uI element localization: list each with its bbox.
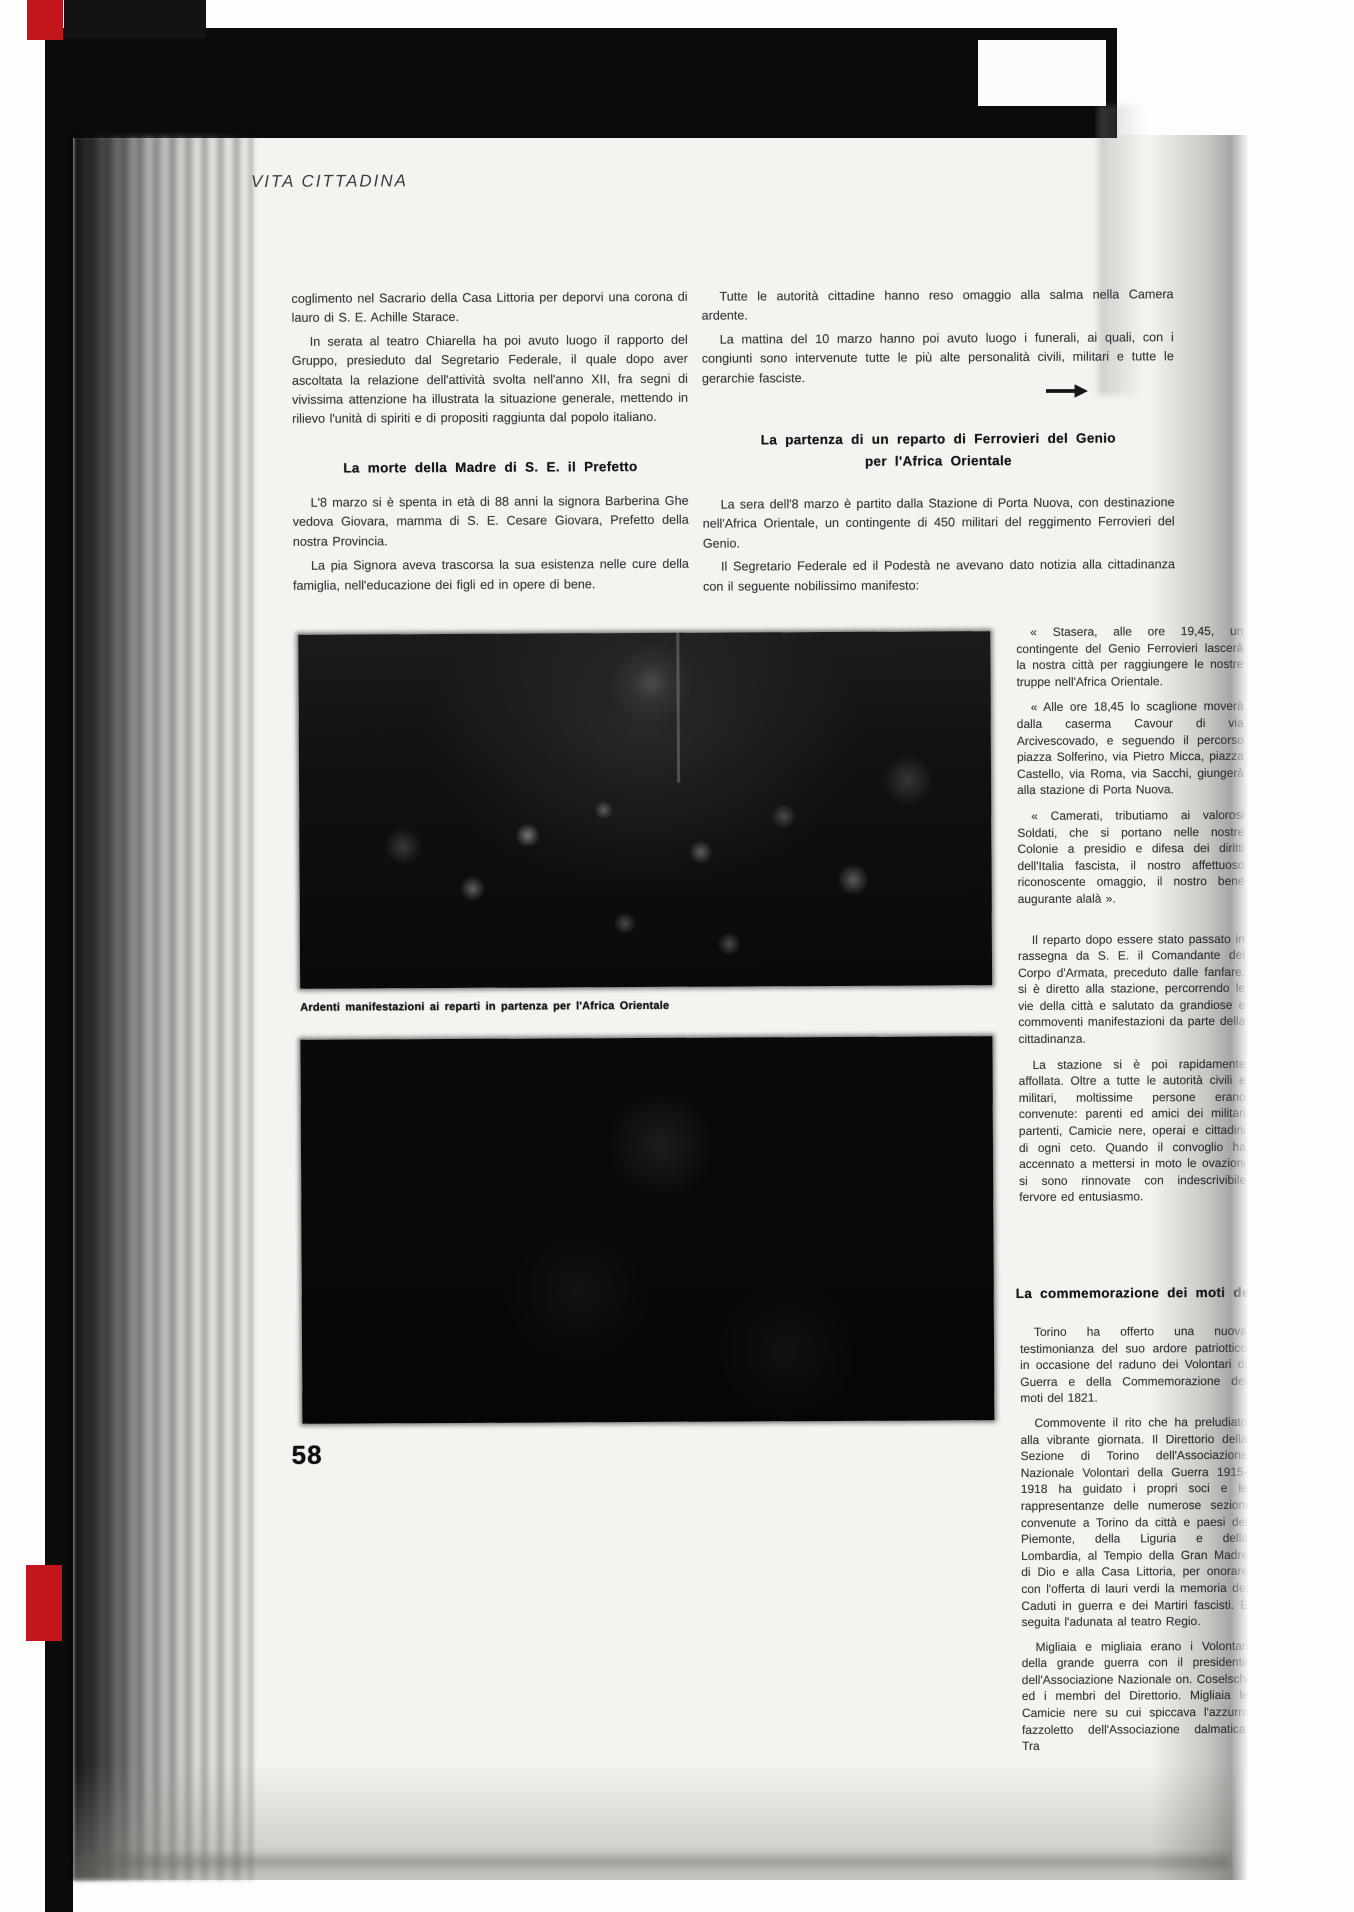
scan-notch	[978, 40, 1106, 106]
left-column-top: coglimento nel Sacrario della Casa Litto…	[291, 288, 688, 430]
paragraph: La sera dell'8 marzo è partito dalla Sta…	[703, 493, 1175, 554]
scan-mark-black	[64, 0, 206, 38]
photo-dark-scene	[300, 1036, 994, 1424]
photo-troop-departure-crowd	[298, 631, 992, 989]
paragraph: Tutte le autorità cittadine hanno reso o…	[701, 285, 1173, 326]
paragraph: La pia Signora aveva trascorsa la sua es…	[293, 555, 689, 596]
left-column-bottom: L'8 marzo si è spenta in età di 88 anni …	[293, 492, 690, 596]
photo-caption: Ardenti manifestazioni ai reparti in par…	[300, 998, 960, 1013]
heading-line: La partenza di un reparto di Ferrovieri …	[702, 427, 1174, 451]
section-heading-partenza: La partenza di un reparto di Ferrovieri …	[702, 427, 1174, 473]
page-title: VITA CITTADINA	[251, 171, 408, 192]
right-column-top: Tutte le autorità cittadine hanno reso o…	[701, 285, 1174, 389]
scan-mark-red-top	[27, 0, 63, 40]
paragraph: La mattina del 10 marzo hanno poi avuto …	[702, 328, 1174, 389]
scanned-magazine-page: VITA CITTADINA coglimento nel Sacrario d…	[0, 0, 1354, 1912]
paragraph: Il Segretario Federale ed il Podestà ne …	[703, 555, 1175, 596]
heading-line: per l'Africa Orientale	[702, 449, 1174, 473]
scan-mark-red-bottom	[26, 1565, 62, 1641]
page-number: 58	[292, 1440, 323, 1471]
paragraph: coglimento nel Sacrario della Casa Litto…	[291, 288, 687, 329]
page-right-edge-shadow	[1150, 135, 1254, 1880]
paragraph: In serata al teatro Chiarella ha poi avu…	[292, 331, 689, 430]
section-heading-morte: La morte della Madre di S. E. il Prefett…	[292, 459, 688, 476]
right-column-mid: La sera dell'8 marzo è partito dalla Sta…	[703, 493, 1176, 597]
paragraph: L'8 marzo si è spenta in età di 88 anni …	[293, 492, 689, 552]
